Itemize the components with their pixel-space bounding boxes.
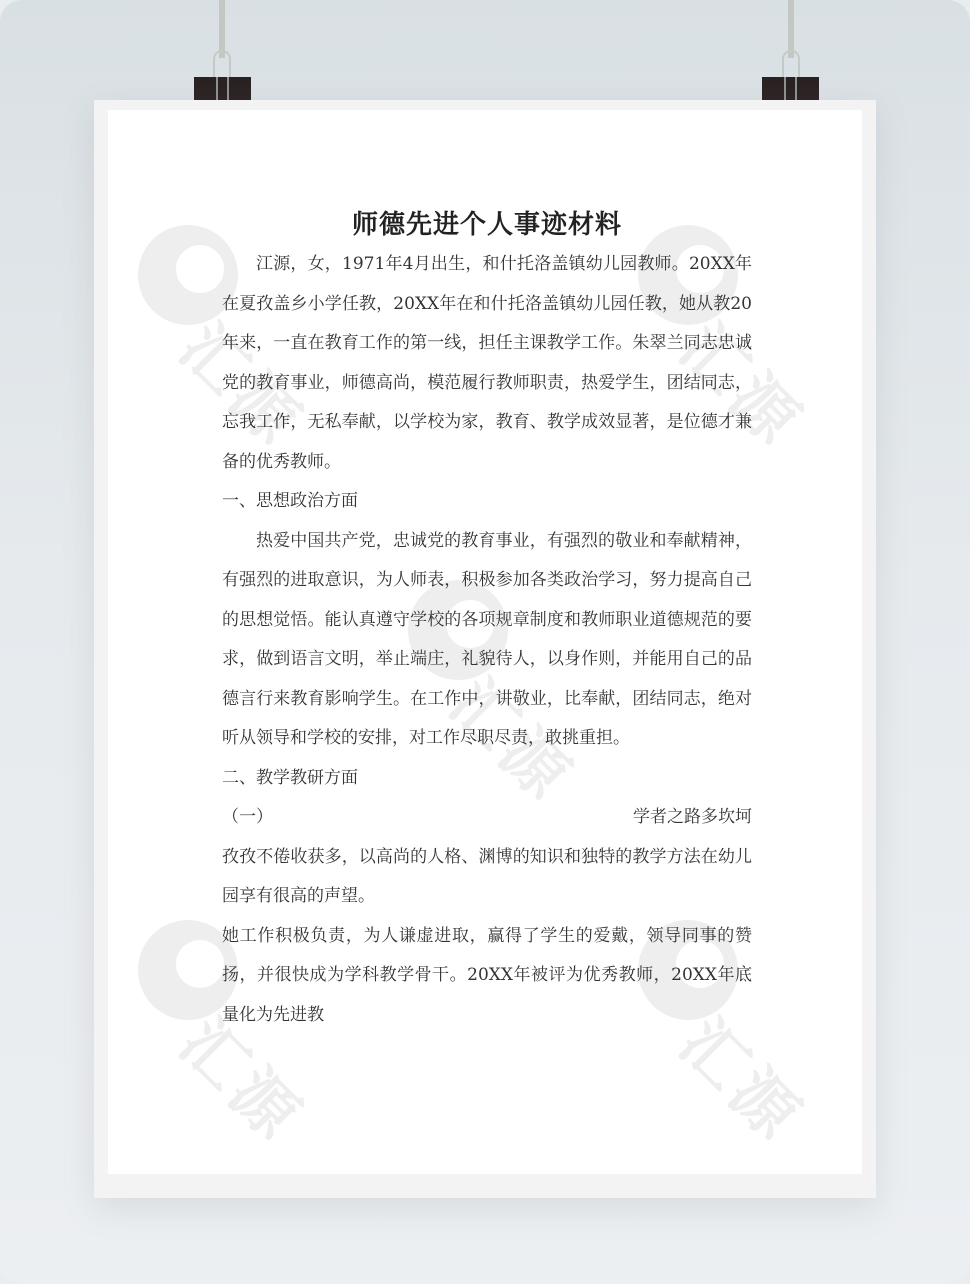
section-heading-politics: 一、思想政治方面 [222,482,752,522]
subsection-line: （一） 学者之路多坎坷 [222,798,752,838]
section-heading-teaching: 二、教学教研方面 [222,759,752,799]
politics-paragraph: 热爱中国共产党，忠诚党的教育事业，有强烈的敬业和奉献精神，有强烈的进取意识，为人… [222,522,752,759]
document-title: 师德先进个人事迹材料 [222,205,752,245]
teaching-paragraph-2: 她工作积极负责，为人谦虚进取，赢得了学生的爱戴，领导同事的赞扬，并很快成为学科教… [222,917,752,1036]
document-content: 师德先进个人事迹材料 江源，女，1971年4月出生，和什托洛盖镇幼儿园教师。20… [222,205,752,1035]
subsection-title: 学者之路多坎坷 [633,798,752,838]
subsection-label: （一） [222,798,273,838]
intro-paragraph: 江源，女，1971年4月出生，和什托洛盖镇幼儿园教师。20XX年在夏孜盖乡小学任… [222,245,752,482]
binder-clip-handle-right [782,50,800,80]
paper-frame: 汇源 汇源 汇源 汇源 汇源 师德先进个人事迹材料 江源，女，1971年4月出生… [94,100,876,1198]
teaching-paragraph-1: 孜孜不倦收获多，以高尚的人格、渊博的知识和独特的教学方法在幼儿园享有很高的声望。 [222,838,752,917]
document-page: 汇源 汇源 汇源 汇源 汇源 师德先进个人事迹材料 江源，女，1971年4月出生… [108,110,862,1174]
binder-clip-handle-left [213,50,231,80]
